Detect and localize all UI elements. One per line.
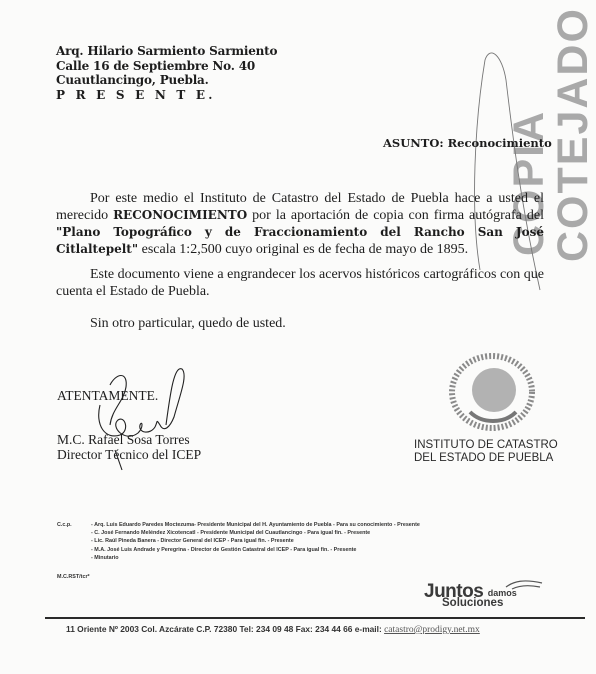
recipient-street: Calle 16 de Septiembre No. 40 — [56, 59, 277, 74]
footer-email-link[interactable]: catastro@prodigy.net.mx — [384, 625, 480, 635]
mexican-coat-of-arms-seal — [446, 352, 538, 434]
recipient-name: Arq. Hilario Sarmiento Sarmiento — [56, 44, 277, 59]
pen-stroke-mark — [440, 40, 560, 300]
recipient-block: Arq. Hilario Sarmiento Sarmiento Calle 1… — [56, 44, 277, 102]
body-paragraph-1: Por este medio el Instituto de Catastro … — [56, 190, 544, 258]
ccp-item: - C. José Fernando Meléndez Xicotencatl … — [91, 529, 561, 537]
juntos-damos-soluciones-logo: Juntos damos Soluciones — [424, 581, 517, 609]
ccp-item: - Lic. Raúl Pineda Banera - Director Gen… — [91, 537, 561, 545]
handshake-icon — [504, 577, 544, 591]
seal-caption: INSTITUTO DE CATASTRO DEL ESTADO DE PUEB… — [414, 439, 558, 465]
footer-address: 11 Oriente Nº 2003 Col. Azcárate C.P. 72… — [66, 624, 384, 634]
body-paragraph-2: Este documento viene a engrandecer los a… — [56, 266, 544, 300]
signatory-title: Director Técnico del ICEP — [57, 447, 201, 463]
seal-caption-line1: INSTITUTO DE CATASTRO — [414, 439, 558, 452]
signatory-name: M.C. Rafael Sosa Torres — [57, 432, 190, 448]
recognition-keyword: RECONOCIMIENTO — [113, 208, 247, 222]
ccp-label: C.c.p. — [57, 521, 72, 529]
recipient-presente: P R E S E N T E. — [56, 88, 277, 103]
subject-line: ASUNTO: Reconocimiento — [383, 136, 552, 150]
reference-initials: M.C.RST/tcr* — [57, 574, 90, 580]
footer-contact: 11 Oriente Nº 2003 Col. Azcárate C.P. 72… — [66, 624, 480, 635]
body-text: escala 1:2,500 cuyo original es de fecha… — [138, 242, 468, 257]
ccp-item: - Minutario — [91, 554, 561, 562]
body-text: por la aportación de copia con firma aut… — [247, 208, 544, 223]
seal-caption-line2: DEL ESTADO DE PUEBLA — [414, 452, 558, 465]
body-paragraph-3: Sin otro particular, quedo de usted. — [56, 315, 544, 332]
footer-rule — [45, 617, 585, 619]
recipient-city: Cuautlancingo, Puebla. — [56, 73, 277, 88]
ccp-item: - Arq. Luis Eduardo Paredes Moctezuma- P… — [91, 521, 561, 529]
ccp-list: - Arq. Luis Eduardo Paredes Moctezuma- P… — [91, 521, 561, 562]
logo-word-soluciones: Soluciones — [442, 597, 517, 609]
ccp-item: - M.A. José Luis Andrade y Peregrina - D… — [91, 546, 561, 554]
